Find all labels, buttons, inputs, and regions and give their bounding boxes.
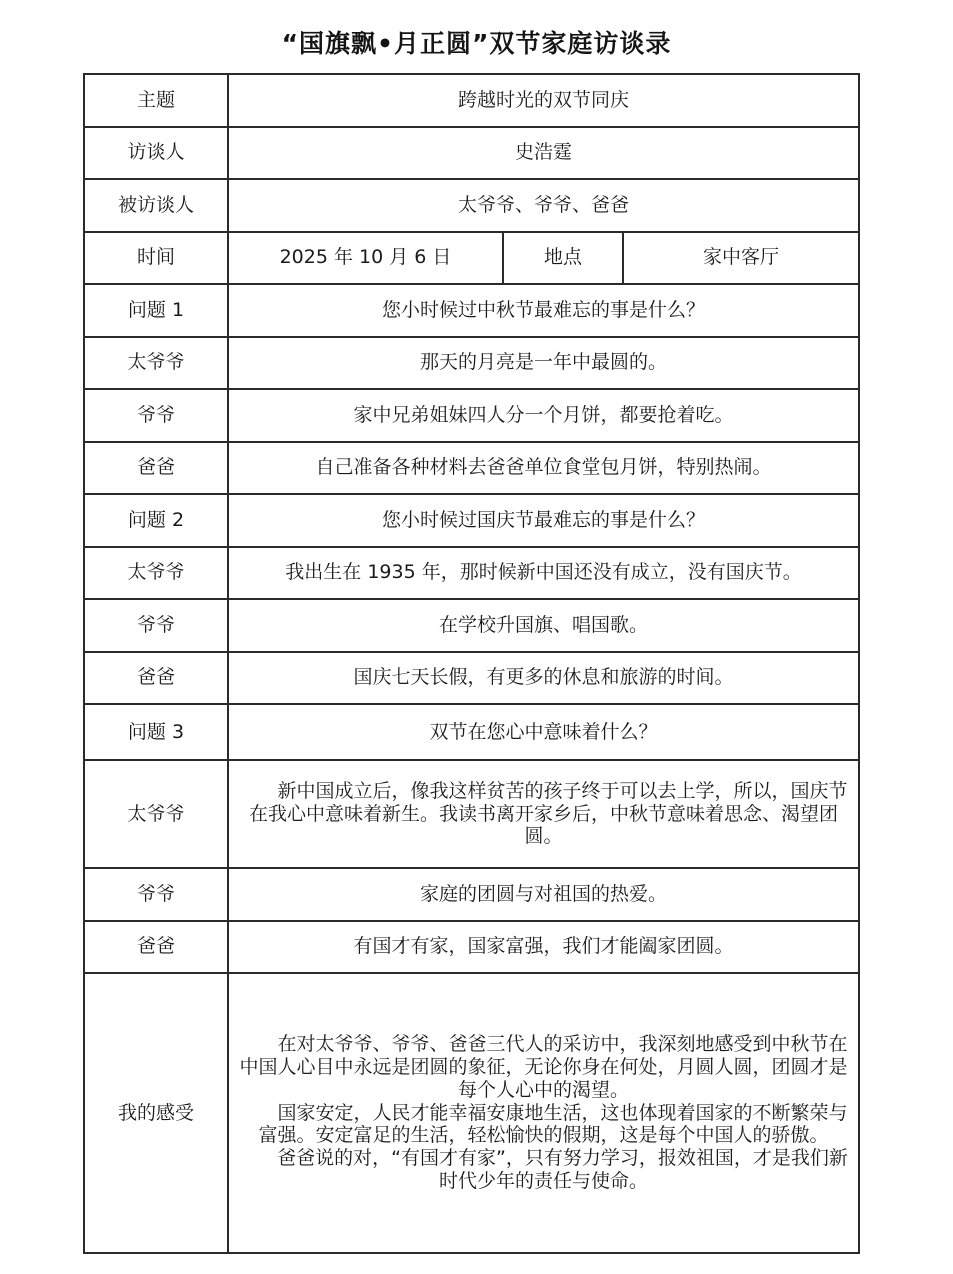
answer-text: 国庆七天长假，有更多的休息和旅游的时间。 <box>228 652 859 705</box>
interviewees-row: 被访谈人 太爷爷、爷爷、爸爸 <box>84 179 859 232</box>
question-text: 您小时候过国庆节最难忘的事是什么？ <box>228 494 859 547</box>
question-label: 问题 1 <box>84 284 228 337</box>
answer-text: 有国才有家，国家富强，我们才能阖家团圆。 <box>228 921 859 974</box>
interviewer-value: 史浩霆 <box>228 127 859 180</box>
feelings-paragraph: 爸爸说的对，“有国才有家”，只有努力学习，报效祖国，才是我们新时代少年的责任与使… <box>237 1147 850 1193</box>
answer-who: 爸爸 <box>84 442 228 495</box>
answer-text: 自己准备各种材料去爸爸单位食堂包月饼，特别热闹。 <box>228 442 859 495</box>
answer-who: 爸爸 <box>84 921 228 974</box>
document-title: “国旗飘•月正圆”双节家庭访谈录 <box>0 24 953 60</box>
topic-label: 主题 <box>84 74 228 127</box>
answer-who: 爷爷 <box>84 868 228 921</box>
question-text: 双节在您心中意味着什么？ <box>228 704 859 760</box>
time-label: 时间 <box>84 232 228 285</box>
answer-text: 家中兄弟姐妹四人分一个月饼，都要抢着吃。 <box>228 389 859 442</box>
interviewer-row: 访谈人 史浩霆 <box>84 127 859 180</box>
answer-who: 太爷爷 <box>84 337 228 390</box>
answer-who: 太爷爷 <box>84 547 228 600</box>
answer-text: 家庭的团圆与对祖国的热爱。 <box>228 868 859 921</box>
answer-text: 我出生在 1935 年，那时候新中国还没有成立，没有国庆节。 <box>228 547 859 600</box>
place-label: 地点 <box>503 232 623 285</box>
answer-text: 新中国成立后，像我这样贫苦的孩子终于可以去上学，所以，国庆节在我心中意味着新生。… <box>228 760 859 868</box>
topic-value: 跨越时光的双节同庆 <box>228 74 859 127</box>
answer-who: 爷爷 <box>84 599 228 652</box>
place-value: 家中客厅 <box>623 232 859 285</box>
answer-row: 爸爸 自己准备各种材料去爸爸单位食堂包月饼，特别热闹。 <box>84 442 859 495</box>
answer-who: 太爷爷 <box>84 760 228 868</box>
feelings-text: 在对太爷爷、爷爷、爸爸三代人的采访中，我深刻地感受到中秋节在中国人心目中永远是团… <box>228 973 859 1253</box>
feelings-label: 我的感受 <box>84 973 228 1253</box>
answer-row: 太爷爷 我出生在 1935 年，那时候新中国还没有成立，没有国庆节。 <box>84 547 859 600</box>
answer-row: 爸爸 国庆七天长假，有更多的休息和旅游的时间。 <box>84 652 859 705</box>
answer-row: 爷爷 在学校升国旗、唱国歌。 <box>84 599 859 652</box>
question-label: 问题 3 <box>84 704 228 760</box>
interviewees-label: 被访谈人 <box>84 179 228 232</box>
answer-row: 爷爷 家中兄弟姐妹四人分一个月饼，都要抢着吃。 <box>84 389 859 442</box>
time-place-row: 时间 2025 年 10 月 6 日 地点 家中客厅 <box>84 232 859 285</box>
question-row: 问题 2 您小时候过国庆节最难忘的事是什么？ <box>84 494 859 547</box>
answer-row: 太爷爷 那天的月亮是一年中最圆的。 <box>84 337 859 390</box>
feelings-paragraph: 国家安定，人民才能幸福安康地生活，这也体现着国家的不断繁荣与富强。安定富足的生活… <box>237 1102 850 1148</box>
answer-who: 爷爷 <box>84 389 228 442</box>
question-label: 问题 2 <box>84 494 228 547</box>
answer-row: 爸爸 有国才有家，国家富强，我们才能阖家团圆。 <box>84 921 859 974</box>
question-row: 问题 3 双节在您心中意味着什么？ <box>84 704 859 760</box>
answer-paragraph: 新中国成立后，像我这样贫苦的孩子终于可以去上学，所以，国庆节在我心中意味着新生。… <box>237 780 850 848</box>
question-text: 您小时候过中秋节最难忘的事是什么？ <box>228 284 859 337</box>
time-value: 2025 年 10 月 6 日 <box>228 232 503 285</box>
topic-row: 主题 跨越时光的双节同庆 <box>84 74 859 127</box>
feelings-paragraph: 在对太爷爷、爷爷、爸爸三代人的采访中，我深刻地感受到中秋节在中国人心目中永远是团… <box>237 1033 850 1101</box>
feelings-row: 我的感受 在对太爷爷、爷爷、爸爸三代人的采访中，我深刻地感受到中秋节在中国人心目… <box>84 973 859 1253</box>
answer-who: 爸爸 <box>84 652 228 705</box>
answer-row: 太爷爷 新中国成立后，像我这样贫苦的孩子终于可以去上学，所以，国庆节在我心中意味… <box>84 760 859 868</box>
answer-text: 在学校升国旗、唱国歌。 <box>228 599 859 652</box>
answer-row: 爷爷 家庭的团圆与对祖国的热爱。 <box>84 868 859 921</box>
question-row: 问题 1 您小时候过中秋节最难忘的事是什么？ <box>84 284 859 337</box>
answer-text: 那天的月亮是一年中最圆的。 <box>228 337 859 390</box>
interview-table: 主题 跨越时光的双节同庆 访谈人 史浩霆 被访谈人 太爷爷、爷爷、爸爸 时间 2… <box>83 73 860 1254</box>
interviewer-label: 访谈人 <box>84 127 228 180</box>
interviewees-value: 太爷爷、爷爷、爸爸 <box>228 179 859 232</box>
